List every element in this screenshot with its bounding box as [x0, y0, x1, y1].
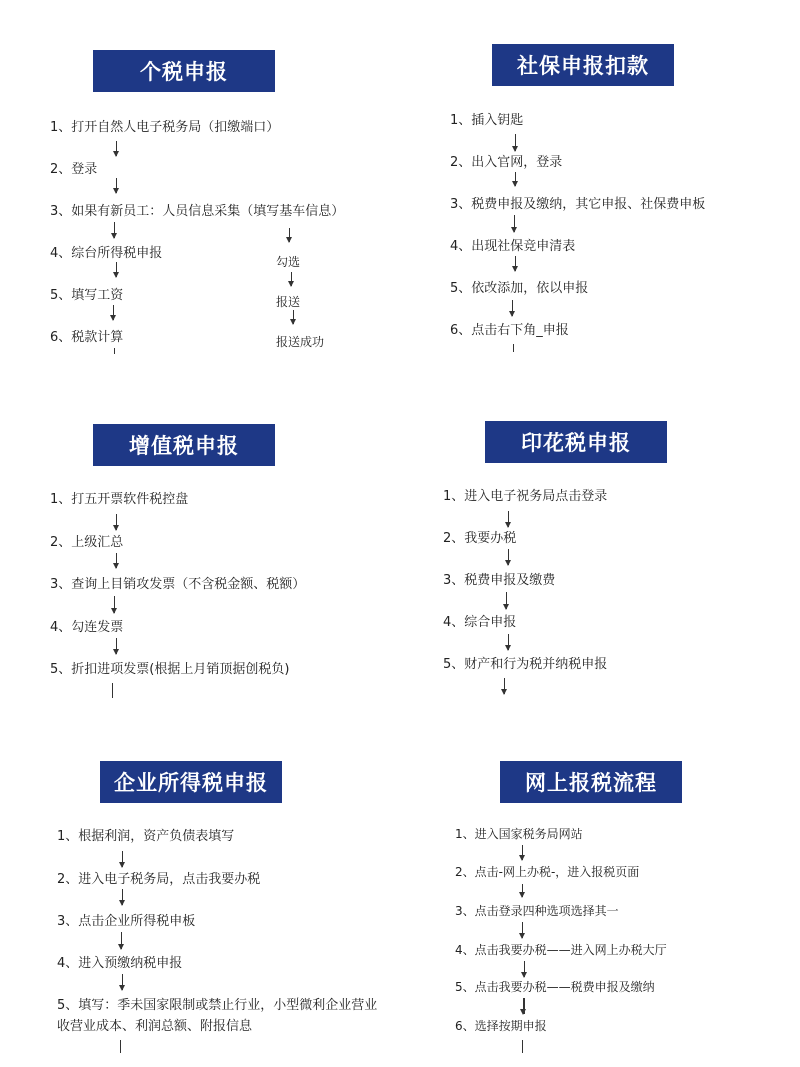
arrow-down-icon	[121, 932, 122, 949]
arrow-down-icon	[122, 974, 123, 990]
step-5-continued: 收营业成本、利润总额、附报信息	[57, 1019, 252, 1035]
step-3: 3、查询上目销攻发票（不含税金额、税额）	[50, 577, 305, 593]
connector-line	[112, 683, 113, 698]
arrow-down-icon	[116, 553, 117, 568]
arrow-down-icon	[515, 256, 516, 271]
step-1: 1、根据利润，资产负债表填写	[57, 829, 234, 845]
section-title: 个税申报	[93, 50, 275, 92]
arrow-down-icon	[116, 262, 117, 277]
step-4: 4、勾连发票	[50, 620, 123, 636]
arrow-down-icon	[114, 596, 115, 613]
section-title: 增值税申报	[93, 424, 275, 466]
step-2: 2、登录	[50, 162, 97, 178]
arrow-down-icon	[122, 851, 123, 867]
section-title: 网上报税流程	[500, 761, 682, 803]
step-2: 2、进入电子税务局，点击我要办税	[57, 872, 260, 888]
arrow-down-icon	[522, 845, 523, 860]
arrow-down-icon	[289, 228, 290, 242]
step-2: 2、点击-网上办税-，进入报税页面	[455, 864, 639, 880]
arrow-down-icon	[515, 134, 516, 151]
step-3: 3、点击登录四种选项选择其一	[455, 903, 619, 919]
step-5: 5、点击我要办税——税费申报及缴纳	[455, 979, 655, 995]
step-5: 5、财产和行为税并纳税申报	[443, 657, 607, 673]
arrow-down-icon	[508, 549, 509, 565]
arrow-down-icon	[522, 922, 523, 938]
branch-step-1: 勾选	[276, 254, 300, 270]
step-4: 4、进入预缴纳税申报	[57, 956, 182, 972]
step-3: 3、税费申报及缴纳，其它申报、社保费申板	[450, 197, 705, 213]
step-6: 6、点击右下角_申报	[450, 323, 569, 339]
step-1: 1、打开自然人电子税务局（扣缴端口）	[50, 120, 279, 136]
step-2: 2、我要办税	[443, 531, 516, 547]
arrow-down-icon	[506, 592, 507, 609]
arrow-down-icon	[114, 222, 115, 238]
step-4: 4、点击我要办税——进入网上办税大厅	[455, 942, 667, 958]
connector-line	[114, 348, 115, 354]
step-5: 5、填写：季未国家限制或禁止行业，小型微利企业营业	[57, 998, 377, 1014]
arrow-down-icon	[524, 961, 525, 977]
section-title: 印花税申报	[485, 421, 667, 463]
arrow-down-icon	[508, 511, 509, 527]
step-4: 4、出现社保竞申清表	[450, 239, 575, 255]
connector-line	[513, 344, 514, 352]
step-5: 5、依改添加，依以申报	[450, 281, 588, 297]
arrow-down-icon	[291, 272, 292, 286]
arrow-down-icon	[515, 172, 516, 186]
arrow-down-icon	[504, 678, 505, 694]
step-2: 2、上级汇总	[50, 535, 123, 551]
arrow-down-icon	[113, 305, 114, 320]
step-3: 3、如果有新员工：人员信息采集（填写基车信息）	[50, 204, 344, 220]
arrow-down-icon	[293, 310, 294, 324]
step-3: 3、点击企业所得税申板	[57, 914, 195, 930]
section-title: 企业所得税申报	[100, 761, 282, 803]
step-1: 1、打五开票软件税控盘	[50, 492, 188, 508]
step-6: 6、税款计算	[50, 330, 123, 346]
step-5: 5、填写工资	[50, 288, 123, 304]
arrow-down-icon	[116, 141, 117, 156]
connector-line	[522, 1040, 523, 1053]
arrow-down-icon	[522, 884, 523, 897]
step-1: 1、插入钥匙	[450, 113, 523, 129]
arrow-down-icon	[116, 178, 117, 193]
step-1: 1、进入电子祝务局点击登录	[443, 489, 607, 505]
step-3: 3、税费申报及缴费	[443, 573, 555, 589]
connector-line	[120, 1040, 121, 1053]
branch-step-3: 报送成功	[276, 334, 324, 350]
arrow-down-icon	[116, 638, 117, 654]
section-title: 社保申报扣款	[492, 44, 674, 86]
step-4: 4、综合申报	[443, 615, 516, 631]
arrow-down-icon	[508, 634, 509, 650]
arrow-down-icon	[512, 300, 513, 316]
arrow-down-icon	[523, 998, 525, 1014]
step-2: 2、出入官网，登录	[450, 155, 562, 171]
arrow-down-icon	[514, 215, 515, 232]
step-4: 4、综台所得税申报	[50, 246, 162, 262]
arrow-down-icon	[122, 889, 123, 905]
branch-step-2: 报送	[276, 294, 300, 310]
arrow-down-icon	[116, 514, 117, 530]
step-6: 6、选择按期申报	[455, 1018, 547, 1034]
step-1: 1、进入国家税务局网站	[455, 826, 583, 842]
step-5: 5、折扣进项发票(根据上月销顶据创税负)	[50, 662, 289, 678]
